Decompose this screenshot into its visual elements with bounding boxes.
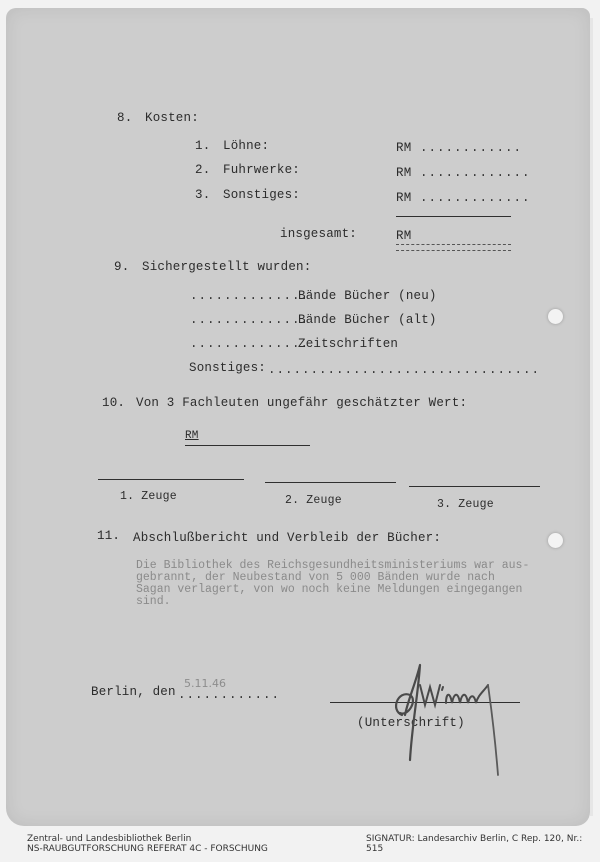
total-currency-label: RM xyxy=(396,229,411,243)
place-label: Berlin, den xyxy=(91,685,176,699)
section-title: Von 3 Fachleuten ungefähr geschätzter We… xyxy=(136,396,467,410)
item-label-periodicals: Zeitschriften xyxy=(298,337,398,351)
other-label: Sonstiges: xyxy=(189,361,266,375)
currency-label: RM xyxy=(396,141,411,155)
witness-3-label: 3. Zeuge xyxy=(437,498,494,511)
footer-signature-reference: SIGNATUR: Landesarchiv Berlin, C Rep. 12… xyxy=(366,834,600,854)
cost-item-number: 3. xyxy=(195,188,210,202)
cost-field-sonstiges[interactable]: ............. xyxy=(420,191,531,205)
cost-field-fuhrwerke[interactable]: ............. xyxy=(420,166,531,180)
other-field[interactable]: ................................ xyxy=(268,363,540,377)
total-double-rule xyxy=(396,244,511,251)
cost-item-label-fuhrwerke: Fuhrwerke: xyxy=(223,163,300,177)
punch-hole-bottom xyxy=(548,533,563,548)
currency-label: RM xyxy=(396,166,411,180)
witness-2-signature-line[interactable] xyxy=(265,482,396,483)
count-field-books-new[interactable]: .............. xyxy=(190,289,309,303)
valuation-field-line[interactable] xyxy=(185,445,310,446)
section-number: 10. xyxy=(102,396,125,410)
currency-label: RM xyxy=(396,191,411,205)
section-title: Sichergestellt wurden: xyxy=(142,260,311,274)
date-field[interactable]: ............ xyxy=(178,688,280,702)
count-field-books-old[interactable]: .............. xyxy=(190,313,309,327)
cost-item-number: 2. xyxy=(195,163,210,177)
section-number: 8. xyxy=(117,111,132,125)
item-label-books-new: Bände Bücher (neu) xyxy=(298,289,437,303)
footer-institution: Zentral- und Landesbibliothek Berlin xyxy=(27,834,191,844)
witness-1-signature-line[interactable] xyxy=(98,479,244,480)
witness-3-signature-line[interactable] xyxy=(409,486,540,487)
count-field-periodicals[interactable]: .............. xyxy=(190,337,309,351)
punch-hole-top xyxy=(548,309,563,324)
report-line-4: sind. xyxy=(136,596,171,608)
signature-mark xyxy=(380,655,520,785)
cost-field-loehne[interactable]: ............ xyxy=(420,141,522,155)
cost-item-number: 1. xyxy=(195,139,210,153)
section-title: Abschlußbericht und Verbleib der Bücher: xyxy=(133,531,441,545)
total-label: insgesamt: xyxy=(280,227,357,241)
item-label-books-old: Bände Bücher (alt) xyxy=(298,313,437,327)
section-number: 9. xyxy=(114,260,129,274)
cost-item-label-sonstiges: Sonstiges: xyxy=(223,188,300,202)
witness-1-label: 1. Zeuge xyxy=(120,490,177,503)
section-number: 11. xyxy=(97,529,120,543)
section-title: Kosten: xyxy=(145,111,199,125)
valuation-currency-label: RM xyxy=(185,430,199,442)
date-handwritten: 5.11.46 xyxy=(184,677,226,690)
cost-item-label-loehne: Löhne: xyxy=(223,139,269,153)
witness-2-label: 2. Zeuge xyxy=(285,494,342,507)
subtotal-rule xyxy=(396,216,511,217)
report-line-3: Sagan verlagert, von wo noch keine Meldu… xyxy=(136,584,522,596)
footer-department: NS-RAUBGUTFORSCHUNG REFERAT 4C - FORSCHU… xyxy=(27,844,268,854)
